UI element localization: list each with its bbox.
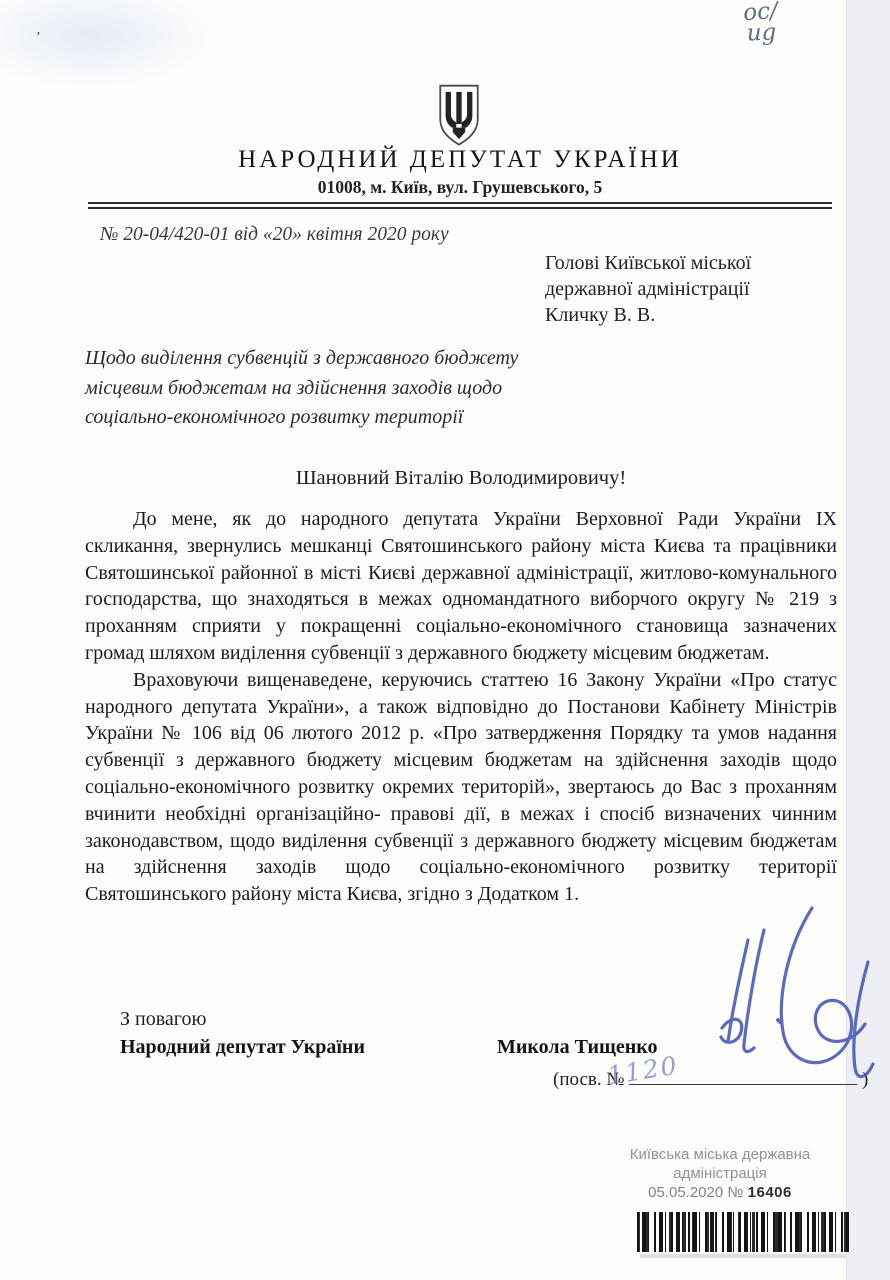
- letterhead-divider: [88, 202, 832, 209]
- letterhead-title: НАРОДНИЙ ДЕПУТАТ УКРАЇНИ: [85, 146, 835, 174]
- handwritten-signature: [660, 900, 880, 1105]
- recipient-line3: Кличку В. В.: [545, 302, 805, 328]
- scan-smudge: [0, 0, 220, 90]
- body-paragraph-1: До мене, як до народного депутата Україн…: [85, 506, 837, 667]
- letter-body: До мене, як до народного депутата Україн…: [85, 506, 837, 908]
- corner-ink-mark: ʼ: [36, 30, 41, 46]
- handwritten-corner-note: ос/ иg: [743, 1, 780, 45]
- stamp-org-line2: адміністрація: [588, 1164, 852, 1183]
- subject-block: Щодо виділення субвенцій з державного бю…: [85, 344, 520, 433]
- recipient-line1: Голові Київської міської: [545, 250, 805, 276]
- recipient-block: Голові Київської міської державної адмін…: [545, 250, 805, 328]
- closing-phrase: З повагою: [120, 1008, 206, 1031]
- ukraine-trident-emblem-icon: [432, 83, 486, 149]
- salutation: Шановний Віталію Володимировичу!: [85, 467, 837, 490]
- stamp-number-sign: №: [727, 1184, 743, 1201]
- body-paragraph-2: Враховуючи вищенаведене, керуючись статт…: [85, 667, 837, 908]
- stamp-number: 16406: [748, 1184, 792, 1201]
- barcode-microtext: [640, 1254, 846, 1258]
- handwritten-note-line2: иg: [744, 22, 779, 44]
- reference-number-line: № 20-04/420-01 від «20» квітня 2020 року: [100, 224, 449, 246]
- stamp-org-line1: Київська міська державна: [588, 1145, 852, 1164]
- stamp-number-line: 05.05.2020 № 16406: [588, 1183, 852, 1202]
- barcode: [637, 1212, 849, 1252]
- registration-stamp: Київська міська державна адміністрація 0…: [588, 1145, 852, 1202]
- signer-position: Народний депутат України: [120, 1036, 365, 1059]
- stamp-date: 05.05.2020: [648, 1184, 723, 1201]
- recipient-line2: державної адміністрації: [545, 276, 805, 302]
- signer-name: Микола Тищенко: [497, 1036, 658, 1059]
- letterhead-address: 01008, м. Київ, вул. Грушевського, 5: [85, 177, 835, 198]
